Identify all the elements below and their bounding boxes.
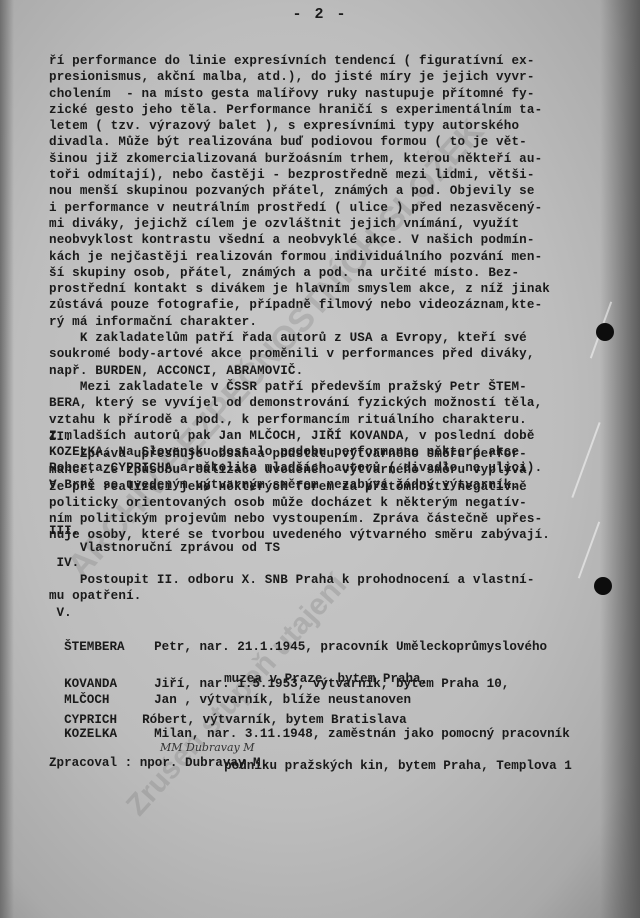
text-line: i performance v neutrálním prostředí ( u… bbox=[49, 200, 589, 216]
text-line: neobvyklost kontrastu všední a neobvyklé… bbox=[49, 232, 589, 248]
section-iv-heading: IV. bbox=[49, 556, 79, 570]
text-line: ší skupiny osob, přátel, známých a pod. … bbox=[49, 265, 589, 281]
text-line: K zakladatelům patří řada autorů z USA a… bbox=[49, 330, 589, 346]
person-surname: KOZELKA bbox=[64, 726, 154, 742]
text-line: šinou již zkomercializovaná buržoásním t… bbox=[49, 151, 589, 167]
page-number: - 2 - bbox=[0, 6, 640, 23]
person-details: Petr, nar. 21.1.1945, pracovník Umělecko… bbox=[154, 640, 547, 654]
section-iii-heading: III. bbox=[49, 524, 79, 538]
scan-edge-left bbox=[0, 0, 14, 918]
text-line: vztahu k přírodě a pod., k performancím … bbox=[49, 412, 589, 428]
person-details: Milan, nar. 3.11.1948, zaměstnán jako po… bbox=[154, 727, 570, 741]
punch-hole-top bbox=[596, 323, 614, 341]
section-ii-heading: II. bbox=[49, 430, 72, 444]
text-line: mi diváky, jejichž cílem je ozvláštnit j… bbox=[49, 216, 589, 232]
text-line: kách je nejčastěji realizován formou ind… bbox=[49, 249, 589, 265]
handwritten-signature: MM Dubravay M bbox=[160, 741, 255, 754]
text-line: divadla. Může být realizována buď podiov… bbox=[49, 134, 589, 150]
text-line: že při realizaci jeho některých forem za… bbox=[49, 479, 589, 495]
section-ii-text: Zpráva upřesňuje obsah a podstatu výtvar… bbox=[49, 446, 589, 544]
text-line: Z mladších autorů pak Jan MLČOCH, JIŘÍ K… bbox=[49, 428, 589, 444]
text-line: zůstává pouze fotografie, případně filmo… bbox=[49, 297, 589, 313]
text-line: nou menší skupinou pozvaných přátel, zná… bbox=[49, 183, 589, 199]
text-line: letem ( tzv. výrazový balet ), s expresí… bbox=[49, 118, 589, 134]
text-line: Zpráva upřesňuje obsah a podstatu výtvar… bbox=[49, 446, 589, 462]
text-line: mance. Ze způsobu realizace uvedeného vý… bbox=[49, 462, 589, 478]
punch-hole-bottom bbox=[594, 577, 612, 595]
person-surname: ŠTEMBERA bbox=[64, 639, 154, 655]
text-line: prostřední kontakt s divákem je hlavním … bbox=[49, 281, 589, 297]
text-line: rý má informační charakter. bbox=[49, 314, 589, 330]
text-line: BERA, který se vyvíjel od demonstrování … bbox=[49, 395, 589, 411]
text-line: zické gesto jeho těla. Performance hrani… bbox=[49, 102, 589, 118]
text-line: Mezi zakladatele v ČSSR patří především … bbox=[49, 379, 589, 395]
text-line: politicky orientovaných osob může docház… bbox=[49, 495, 589, 511]
processed-by: Zpracoval : npor. Dubravay M. bbox=[49, 755, 268, 771]
text-line: Postoupit II. odboru X. SNB Praha k proh… bbox=[49, 572, 589, 588]
scan-edge-right bbox=[600, 0, 640, 918]
text-line: např. BURDEN, ACCONCI, ABRAMOVIČ. bbox=[49, 363, 589, 379]
text-line: cholením - na místo gesta malířovy ruky … bbox=[49, 86, 589, 102]
text-line: ním politickým projevům nebo vystoupením… bbox=[49, 511, 589, 527]
section-iii-line: Vlastnoruční zprávou od TS bbox=[49, 540, 589, 556]
section-iv-text: Postoupit II. odboru X. SNB Praha k proh… bbox=[49, 572, 589, 605]
body-text: ří performance do linie expresívních ten… bbox=[49, 53, 589, 493]
text-line: soukromé body-artové akce proměnili v pe… bbox=[49, 346, 589, 362]
text-line: presionismus, akční malba, atd.), do jis… bbox=[49, 69, 589, 85]
section-v-heading: V. bbox=[49, 606, 72, 620]
section-iii-text: Vlastnoruční zprávou od TS bbox=[49, 540, 589, 556]
text-line: toři odmítají), nebo častěji - bezprostř… bbox=[49, 167, 589, 183]
text-line: mu opatření. bbox=[49, 588, 589, 604]
text-line: ří performance do linie expresívních ten… bbox=[49, 53, 589, 69]
